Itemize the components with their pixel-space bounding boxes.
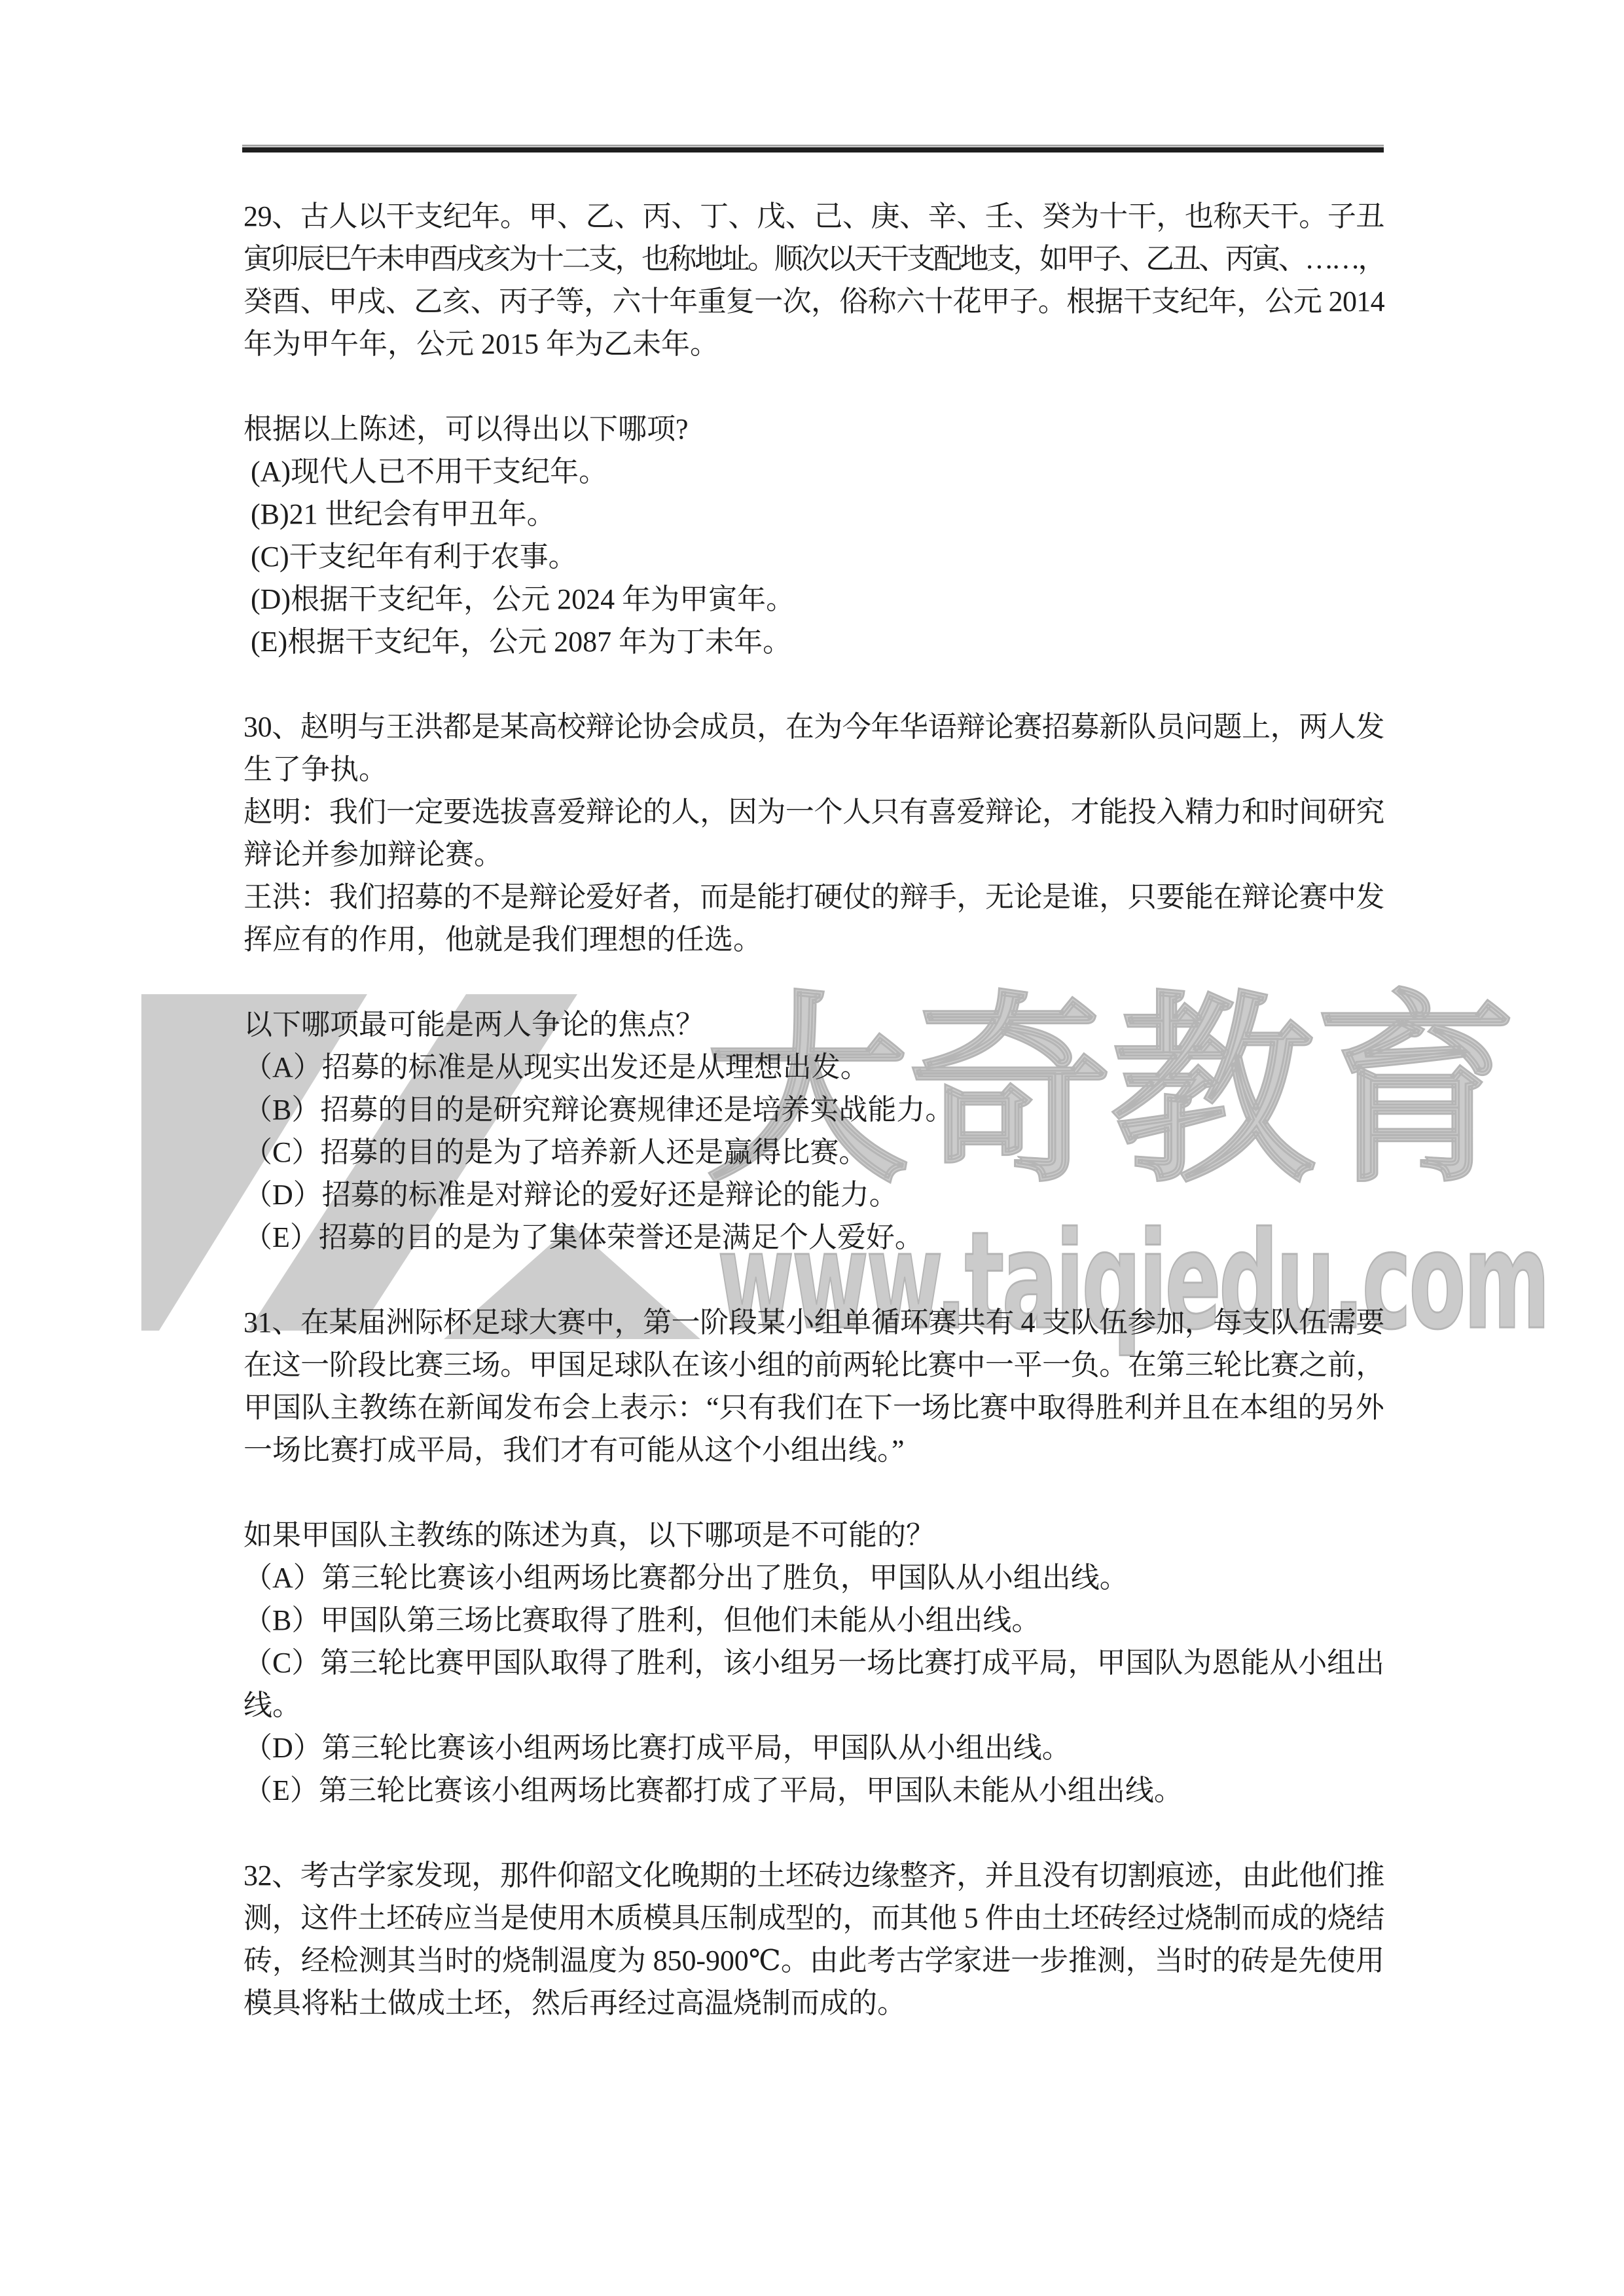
text-line: （A）第三轮比赛该小组两场比赛都分出了胜负，甲国队从小组出线。 [244, 1556, 1128, 1599]
q31-stem-line: 在这一阶段比赛三场。甲国足球队在该小组的前两轮比赛中一平一负。在第三轮比赛之前， [244, 1344, 1384, 1386]
q29-stem-line: 29、古人以干支纪年。甲、乙、丙、丁、戊、己、庚、辛、壬、癸为十干，也称天干。子… [244, 195, 1384, 238]
q29-stem-line: 寅卯辰巳午未申酉戌亥为十二支，也称地址。顺次以天干支配地支，如甲子、乙丑、丙寅、… [244, 238, 1384, 280]
q30-options-line: （D）招募的标准是对辩论的爱好还是辩论的能力。 [244, 1174, 1384, 1216]
q31-options-line: 线。 [244, 1684, 1384, 1727]
text-line: 在这一阶段比赛三场。甲国足球队在该小组的前两轮比赛中一平一负。在第三轮比赛之前， [244, 1344, 1384, 1386]
text-line: （C）第三轮比赛甲国队取得了胜利，该小组另一场比赛打成平局，甲国队为恩能从小组出 [244, 1641, 1384, 1684]
q30-stem-line: 赵明：我们一定要选拔喜爱辩论的人，因为一个人只有喜爱辩论，才能投入精力和时间研究 [244, 791, 1384, 833]
q30-options-line: 以下哪项最可能是两人争论的焦点？ [244, 1003, 1384, 1046]
text-line: (A)现代人已不用干支纪年。 [244, 450, 607, 493]
q31-options-line: （A）第三轮比赛该小组两场比赛都分出了胜负，甲国队从小组出线。 [244, 1556, 1384, 1599]
q29-stem-line: 年为甲午年，公元 2015 年为乙未年。 [244, 323, 1384, 365]
q30-stem-line: 生了争执。 [244, 748, 1384, 791]
blank-line [244, 1812, 1384, 1854]
blank-line [244, 1259, 1384, 1301]
text-line: 赵明：我们一定要选拔喜爱辩论的人，因为一个人只有喜爱辩论，才能投入精力和时间研究 [244, 791, 1384, 833]
text-line: 32、考古学家发现，那件仰韶文化晚期的土坯砖边缘整齐，并且没有切割痕迹，由此他们… [244, 1854, 1384, 1897]
q31-options-line: （E）第三轮比赛该小组两场比赛都打成了平局，甲国队未能从小组出线。 [244, 1769, 1384, 1812]
text-line: 31、在某届洲际杯足球大赛中，第一阶段某小组单循环赛共有 4 支队伍参加，每支队… [244, 1301, 1384, 1344]
text-line: （A）招募的标准是从现实出发还是从理想出发。 [244, 1046, 869, 1088]
q31-options-line: 如果甲国队主教练的陈述为真，以下哪项是不可能的？ [244, 1514, 1384, 1556]
text-line: 线。 [244, 1684, 301, 1727]
text-line: (D)根据干支纪年，公元 2024 年为甲寅年。 [244, 578, 795, 620]
text-line: 王洪：我们招募的不是辩论爱好者，而是能打硬仗的辩手，无论是谁，只要能在辩论赛中发 [244, 876, 1384, 918]
text-line: （E）招募的目的是为了集体荣誉还是满足个人爱好。 [244, 1216, 924, 1259]
q30-stem-line: 30、赵明与王洪都是某高校辩论协会成员，在为今年华语辩论赛招募新队员问题上，两人… [244, 706, 1384, 748]
text-line: 根据以上陈述，可以得出以下哪项? [244, 408, 689, 450]
text-line: 挥应有的作用，他就是我们理想的任选。 [244, 918, 762, 961]
q29-options-line: (A)现代人已不用干支纪年。 [244, 450, 1384, 493]
q30-stem-line: 王洪：我们招募的不是辩论爱好者，而是能打硬仗的辩手，无论是谁，只要能在辩论赛中发 [244, 876, 1384, 918]
q30-options-line: （A）招募的标准是从现实出发还是从理想出发。 [244, 1046, 1384, 1088]
q29-options-line: 根据以上陈述，可以得出以下哪项? [244, 408, 1384, 450]
q31-options-line: （C）第三轮比赛甲国队取得了胜利，该小组另一场比赛打成平局，甲国队为恩能从小组出 [244, 1641, 1384, 1684]
text-line: (E)根据干支纪年，公元 2087 年为丁未年。 [244, 620, 791, 663]
q30-options-line: （C）招募的目的是为了培养新人还是赢得比赛。 [244, 1131, 1384, 1174]
blank-line [244, 365, 1384, 408]
q29-options-line: (E)根据干支纪年，公元 2087 年为丁未年。 [244, 620, 1384, 663]
text-line: 寅卯辰巳午未申酉戌亥为十二支，也称地址。顺次以天干支配地支，如甲子、乙丑、丙寅、… [244, 238, 1384, 280]
blank-line [244, 961, 1384, 1003]
text-line: 辩论并参加辩论赛。 [244, 833, 503, 876]
text-line: 生了争执。 [244, 748, 388, 791]
text-line: （B）甲国队第三场比赛取得了胜利，但他们未能从小组出线。 [244, 1599, 1040, 1641]
top-rule-dark [242, 147, 1384, 152]
q30-options-line: （B）招募的目的是研究辩论赛规律还是培养实战能力。 [244, 1088, 1384, 1131]
text-line: 模具将粘土做成土坯，然后再经过高温烧制而成的。 [244, 1982, 906, 2024]
q30-stem-line: 挥应有的作用，他就是我们理想的任选。 [244, 918, 1384, 961]
text-line: 30、赵明与王洪都是某高校辩论协会成员，在为今年华语辩论赛招募新队员问题上，两人… [244, 706, 1384, 748]
q31-options-line: （B）甲国队第三场比赛取得了胜利，但他们未能从小组出线。 [244, 1599, 1384, 1641]
q31-options-line: （D）第三轮比赛该小组两场比赛打成平局，甲国队从小组出线。 [244, 1727, 1384, 1769]
q32-stem-line: 32、考古学家发现，那件仰韶文化晚期的土坯砖边缘整齐，并且没有切割痕迹，由此他们… [244, 1854, 1384, 1897]
document-body: 29、古人以干支纪年。甲、乙、丙、丁、戊、己、庚、辛、壬、癸为十干，也称天干。子… [244, 195, 1384, 2024]
text-line: 以下哪项最可能是两人争论的焦点？ [244, 1003, 704, 1046]
q29-options-line: (D)根据干支纪年，公元 2024 年为甲寅年。 [244, 578, 1384, 620]
text-line: （D）第三轮比赛该小组两场比赛打成平局，甲国队从小组出线。 [244, 1727, 1071, 1769]
q31-stem-line: 一场比赛打成平局，我们才有可能从这个小组出线。” [244, 1429, 1384, 1471]
text-line: 甲国队主教练在新闻发布会上表示：“只有我们在下一场比赛中取得胜利并且在本组的另外 [244, 1386, 1384, 1429]
text-line: (B)21 世纪会有甲丑年。 [244, 493, 556, 535]
q29-options-line: (C)干支纪年有利于农事。 [244, 535, 1384, 578]
blank-line [244, 1471, 1384, 1514]
text-line: （B）招募的目的是研究辩论赛规律还是培养实战能力。 [244, 1088, 954, 1131]
q31-stem-line: 甲国队主教练在新闻发布会上表示：“只有我们在下一场比赛中取得胜利并且在本组的另外 [244, 1386, 1384, 1429]
text-line: （C）招募的目的是为了培养新人还是赢得比赛。 [244, 1131, 867, 1174]
q30-stem-line: 辩论并参加辩论赛。 [244, 833, 1384, 876]
q29-stem-line: 癸酉、甲戌、乙亥、丙子等，六十年重复一次，俗称六十花甲子。根据干支纪年，公元 2… [244, 280, 1384, 323]
text-line: 年为甲午年，公元 2015 年为乙未年。 [244, 323, 719, 365]
q32-stem-line: 测，这件土坯砖应当是使用木质模具压制成型的，而其他 5 件由土坯砖经过烧制而成的… [244, 1897, 1384, 1939]
q29-options-line: (B)21 世纪会有甲丑年。 [244, 493, 1384, 535]
blank-line [244, 663, 1384, 706]
text-line: 砖，经检测其当时的烧制温度为 850-900℃。由此考古学家进一步推测，当时的砖… [244, 1939, 1384, 1982]
text-line: 癸酉、甲戌、乙亥、丙子等，六十年重复一次，俗称六十花甲子。根据干支纪年，公元 2… [244, 280, 1384, 323]
text-line: （E）第三轮比赛该小组两场比赛都打成了平局，甲国队未能从小组出线。 [244, 1769, 1183, 1812]
q32-stem-line: 模具将粘土做成土坯，然后再经过高温烧制而成的。 [244, 1982, 1384, 2024]
text-line: (C)干支纪年有利于农事。 [244, 535, 577, 578]
text-line: 测，这件土坯砖应当是使用木质模具压制成型的，而其他 5 件由土坯砖经过烧制而成的… [244, 1897, 1384, 1939]
text-line: 29、古人以干支纪年。甲、乙、丙、丁、戊、己、庚、辛、壬、癸为十干，也称天干。子… [244, 195, 1384, 238]
q32-stem-line: 砖，经检测其当时的烧制温度为 850-900℃。由此考古学家进一步推测，当时的砖… [244, 1939, 1384, 1982]
top-rule-light [242, 145, 1384, 147]
text-line: （D）招募的标准是对辩论的爱好还是辩论的能力。 [244, 1174, 898, 1216]
q31-stem-line: 31、在某届洲际杯足球大赛中，第一阶段某小组单循环赛共有 4 支队伍参加，每支队… [244, 1301, 1384, 1344]
q30-options-line: （E）招募的目的是为了集体荣誉还是满足个人爱好。 [244, 1216, 1384, 1259]
text-line: 如果甲国队主教练的陈述为真，以下哪项是不可能的？ [244, 1514, 935, 1556]
text-line: 一场比赛打成平局，我们才有可能从这个小组出线。” [244, 1429, 905, 1471]
